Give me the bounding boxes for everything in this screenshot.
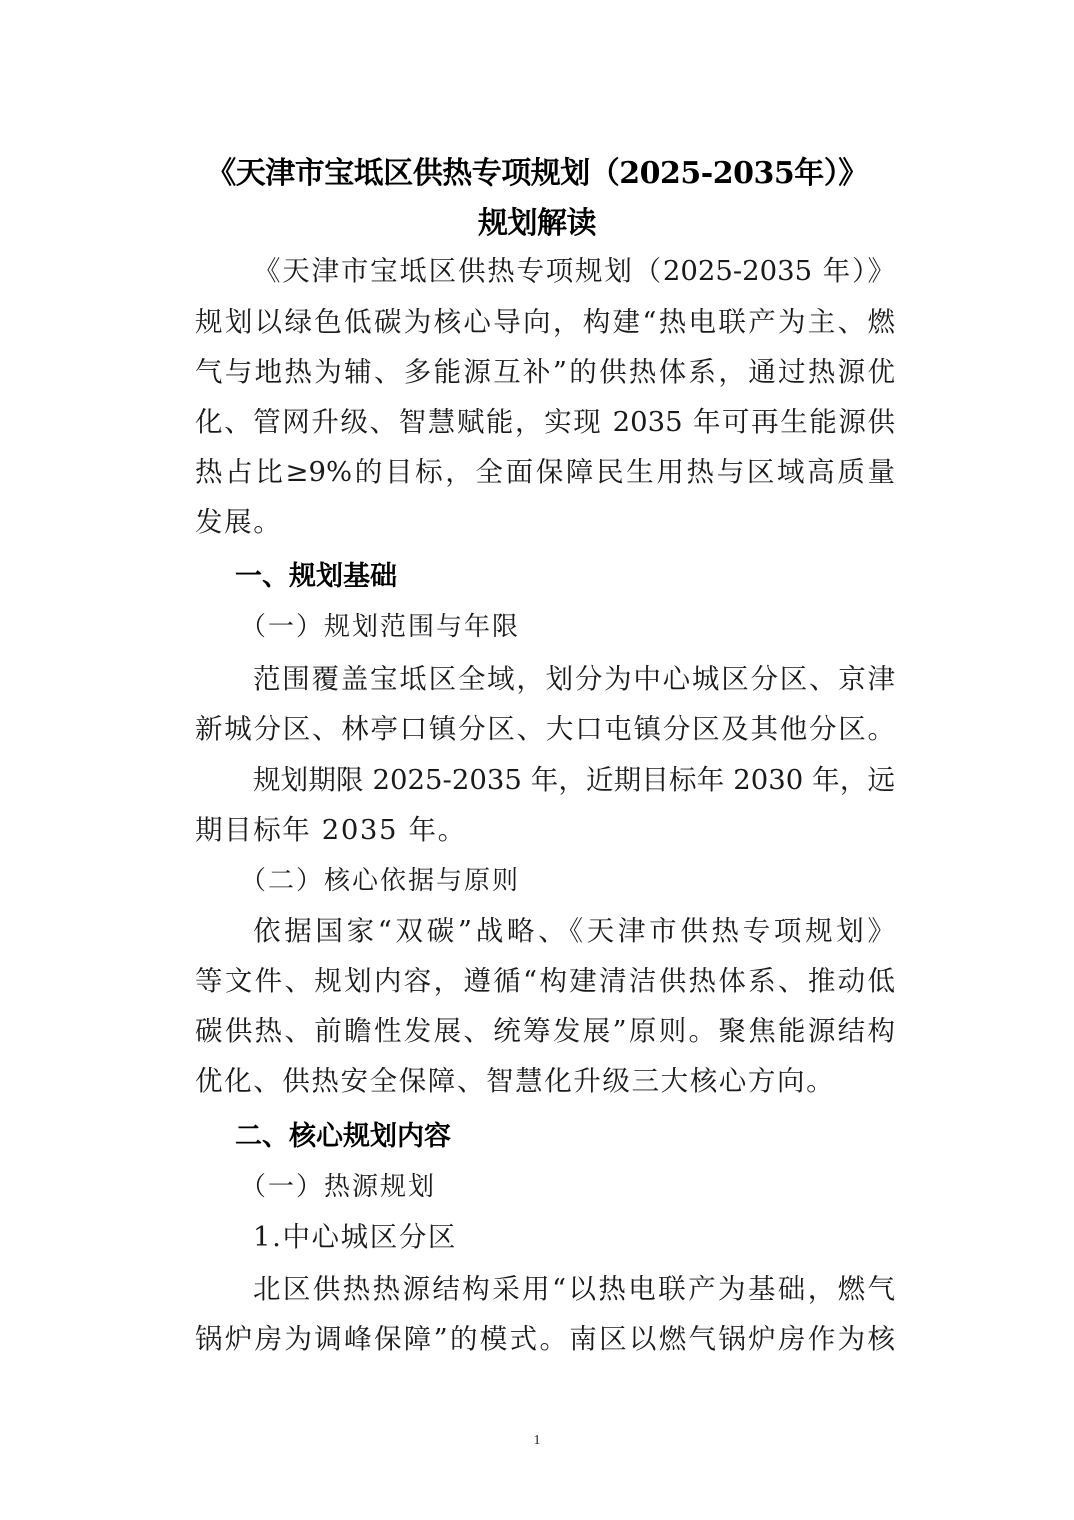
section-1-sub-2-heading: （二）核心依据与原则 [240, 864, 520, 898]
intro-line: 化、管网升级、智慧赋能，实现 2035 年可再生能源供 [195, 405, 895, 439]
document-page: 《天津市宝坻区供热专项规划（2025-2035年）》 规划解读 《天津市宝坻区供… [0, 0, 1074, 1520]
document-title-line-2: 规划解读 [0, 198, 1074, 242]
intro-line: 气与地热为辅、多能源互补”的供热体系，通过热源优 [195, 355, 895, 389]
intro-line: 《天津市宝坻区供热专项规划（2025-2035 年）》 [253, 254, 895, 288]
paragraph-line: 北区供热热源结构采用“以热电联产为基础，燃气 [253, 1272, 895, 1306]
section-2-sub-1-heading: （一）热源规划 [240, 1170, 436, 1204]
section-2-item-1-heading: 1.中心城区分区 [253, 1220, 953, 1254]
section-2-heading: 二、核心规划内容 [235, 1120, 451, 1154]
page-number: 1 [0, 1433, 1074, 1449]
intro-line: 规划以绿色低碳为核心导向，构建“热电联产为主、燃 [195, 305, 895, 339]
paragraph-line: 范围覆盖宝坻区全域，划分为中心城区分区、京津 [253, 662, 895, 696]
intro-line: 发展。 [195, 505, 895, 539]
paragraph-line: 碳供热、前瞻性发展、统筹发展”原则。聚焦能源结构 [195, 1014, 895, 1048]
intro-line: 热占比≥9%的目标，全面保障民生用热与区域高质量 [195, 455, 895, 489]
paragraph-line: 新城分区、林亭口镇分区、大口屯镇分区及其他分区。 [195, 712, 895, 746]
paragraph-line: 依据国家“双碳”战略、《天津市供热专项规划》 [253, 914, 895, 948]
paragraph-line: 锅炉房为调峰保障”的模式。南区以燃气锅炉房作为核 [195, 1322, 895, 1356]
document-title-line-1: 《天津市宝坻区供热专项规划（2025-2035年）》 [0, 148, 1074, 192]
paragraph-line: 等文件、规划内容，遵循“构建清洁供热体系、推动低 [195, 964, 895, 998]
paragraph-line: 规划期限 2025-2035 年，近期目标年 2030 年，远 [253, 763, 895, 797]
paragraph-line: 优化、供热安全保障、智慧化升级三大核心方向。 [195, 1064, 895, 1098]
paragraph-line: 期目标年 2035 年。 [195, 813, 895, 847]
section-1-heading: 一、规划基础 [235, 560, 397, 594]
section-1-sub-1-heading: （一）规划范围与年限 [240, 610, 520, 644]
